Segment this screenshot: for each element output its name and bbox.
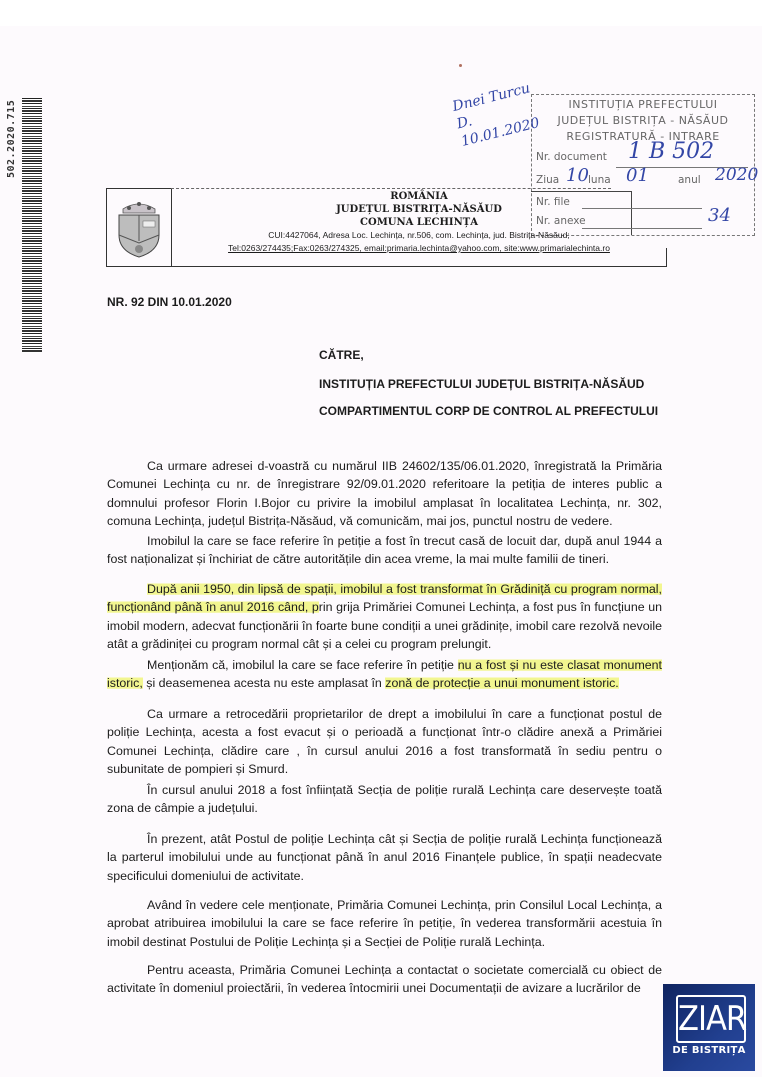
paragraph-7: În prezent, atât Postul de poliție Lechi… [107, 830, 662, 885]
header-country: ROMÂNIA [171, 190, 667, 203]
stamp-annex-value: 34 [708, 205, 731, 226]
paragraph-9: Pentru aceasta, Primăria Comunei Lechinț… [107, 961, 662, 998]
stamp-line-1: INSTITUȚIA PREFECTULUI [532, 98, 754, 111]
ziar-de-bistrita-logo: ZIAR DE BISTRIȚA [663, 984, 755, 1071]
logo-brand: ZIAR [676, 995, 746, 1043]
recipient-salutation: CĂTRE, [319, 348, 364, 362]
highlighted-text: zonă de protecție a unui monument istori… [385, 676, 619, 690]
letterhead: ROMÂNIA JUDEȚUL BISTRIȚA-NĂSĂUD COMUNA L… [106, 188, 667, 267]
paragraph-4: Menționăm că, imobilul la care se face r… [107, 656, 662, 693]
recipient-department: COMPARTIMENTUL CORP DE CONTROL AL PREFEC… [319, 404, 658, 418]
crest-icon [107, 189, 171, 266]
paragraph-2: Imobilul la care se face referire în pet… [107, 532, 662, 569]
barcode-number: 502.2020.715 [4, 100, 20, 180]
logo-subtitle: DE BISTRIȚA [663, 1045, 755, 1056]
scan-speck [459, 64, 462, 67]
paragraph-5: Ca urmare a retrocedării proprietarilor … [107, 705, 662, 779]
paragraph-8: Având în vedere cele menționate, Primări… [107, 896, 662, 951]
recipient-institution: INSTITUȚIA PREFECTULUI JUDEȚUL BISTRIȚA-… [319, 377, 644, 391]
stamp-month-label: luna [588, 174, 611, 186]
paragraph-3: După anii 1950, din lipsă de spații, imo… [107, 580, 662, 654]
barcode [22, 98, 42, 353]
stamp-doc-label: Nr. document [536, 151, 607, 163]
header-commune: COMUNA LECHINȚA [171, 216, 667, 229]
paragraph-1: Ca urmare adresei d-voastră cu numărul I… [107, 457, 662, 531]
stamp-doc-value: 1 B 502 [628, 139, 714, 164]
header-county: JUDEȚUL BISTRIȚA-NĂSĂUD [171, 203, 667, 216]
stamp-line-2: JUDEȚUL BISTRIȚA - NĂSĂUD [532, 114, 754, 127]
document-reference: NR. 92 DIN 10.01.2020 [107, 295, 232, 309]
paragraph-6: În cursul anului 2018 a fost înființată … [107, 781, 662, 818]
stamp-year-label: anul [678, 174, 701, 186]
header-contact: Tel:0263/274435;Fax:0263/274325, email:p… [171, 242, 667, 255]
stamp-month-value: 01 [626, 165, 649, 186]
header-address: CUI:4427064, Adresa Loc. Lechința, nr.50… [171, 229, 667, 242]
coat-of-arms [107, 188, 172, 266]
stamp-day-label: Ziua [536, 174, 559, 186]
stamp-day-value: 10 [566, 165, 589, 186]
stamp-year-value: 2020 [715, 165, 758, 185]
